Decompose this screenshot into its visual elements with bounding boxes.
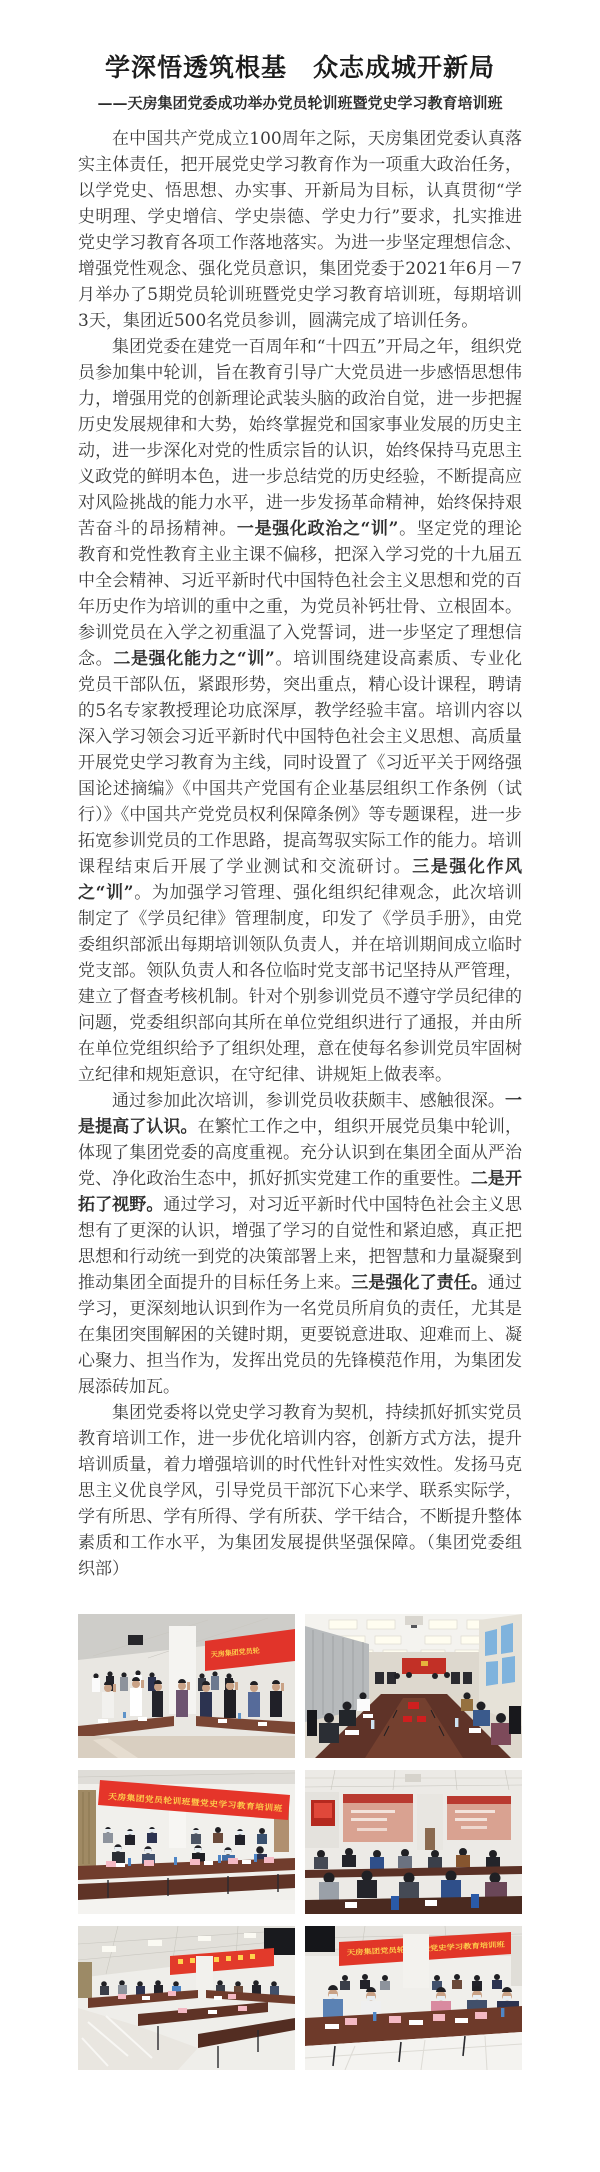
photo-grid: 天房集团党员轮 (78, 1614, 600, 2070)
photo-training-class-banner: 天房集团党员轮训班暨党史学习教育培训班 (78, 1770, 295, 1914)
training-class-front-scene: 天房集团党员轮训班暨党史学习教育培训班 (305, 1926, 522, 2070)
photo-training-hall-wide (78, 1926, 295, 2070)
photo-oath-ceremony: 天房集团党员轮 (78, 1614, 295, 1758)
paragraph: 在中国共产党成立100周年之际，天房集团党委认真落实主体责任，把开展党史学习教育… (78, 126, 522, 334)
text-run: 。培训围绕建设高素质、专业化党员干部队伍，紧跟形势，突出重点，精心设计课程，聘请… (78, 649, 522, 877)
text-run: 。为加强学习管理、强化组织纪律观念，此次培训制定了《学员纪律》管理制度，印发了《… (78, 883, 522, 1085)
oath-ceremony-scene: 天房集团党员轮 (78, 1614, 295, 1758)
text-run: 集团党委在建党一百周年和“十四五”开局之年，组织党员参加集中轮训，旨在教育引导广… (78, 337, 522, 539)
paragraph: 通过参加此次培训，参训党员收获颇丰、感触很深。一是提高了认识。在繁忙工作之中，组… (78, 1088, 522, 1400)
photo-training-class-front: 天房集团党员轮训班暨党史学习教育培训班 (305, 1926, 522, 2070)
page-title: 学深悟透筑根基 众志成城开新局 (78, 53, 522, 83)
bold-run: 三是强化了责任。 (351, 1273, 488, 1293)
projection-screen-left (343, 1794, 413, 1842)
curtain (78, 1790, 96, 1866)
text-run: 在中国共产党成立100周年之际，天房集团党委认真落实主体责任，把开展党史学习教育… (78, 129, 522, 331)
article-body: 在中国共产党成立100周年之际，天房集团党委认真落实主体责任，把开展党史学习教育… (78, 126, 522, 1582)
text-run: 通过参加此次培训，参训党员收获颇丰、感触很深。 (112, 1091, 505, 1111)
paragraph: 集团党委在建党一百周年和“十四五”开局之年，组织党员参加集中轮训，旨在教育引导广… (78, 334, 522, 1088)
bold-run: 二是强化能力之“训” (113, 649, 274, 669)
text-run: 集团党委将以党史学习教育为契机，持续抓好抓实党员教育培训工作，进一步优化培训内容… (78, 1403, 522, 1579)
curtain (78, 1962, 92, 1998)
wall-screen (305, 1926, 335, 1952)
training-hall-wide-scene (78, 1926, 295, 2070)
paragraph: 集团党委将以党史学习教育为契机，持续抓好抓实党员教育培训工作，进一步优化培训内容… (78, 1400, 522, 1582)
article: 学深悟透筑根基 众志成城开新局 ——天房集团党委成功举办党员轮训班暨党史学习教育… (0, 53, 600, 1582)
projection-screen-right (447, 1796, 511, 1840)
projection-screens-scene (305, 1770, 522, 1914)
bold-run: 一是强化政治之“训” (237, 519, 398, 539)
photo-projection-screens (305, 1770, 522, 1914)
document-page: 学深悟透筑根基 众志成城开新局 ——天房集团党委成功举办党员轮训班暨党史学习教育… (0, 0, 600, 2172)
conference-room-scene (305, 1614, 522, 1758)
photo-conference-room (305, 1614, 522, 1758)
page-subtitle: ——天房集团党委成功举办党员轮训班暨党史学习教育培训班 (78, 94, 522, 112)
training-class-scene: 天房集团党员轮训班暨党史学习教育培训班 (78, 1770, 295, 1914)
text-run: 。坚定党的理论教育和党性教育主业主课不偏移，把深入学习党的十九届五中全会精神、习… (78, 519, 522, 669)
